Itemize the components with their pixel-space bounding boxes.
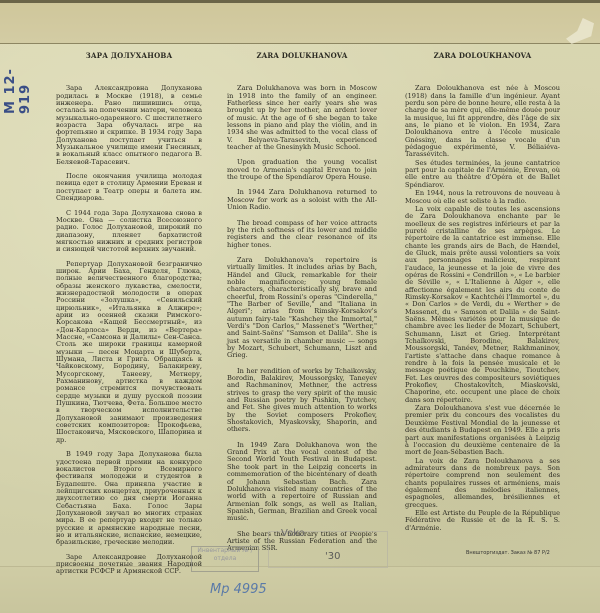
russian-title: ЗАРА ДОЛУХАНОВА	[56, 52, 202, 59]
russian-paragraph: Зара Александровна Долуханова родилась в…	[56, 85, 202, 166]
english-paragraph: Zara Dolukhanova was born in Moscow in 1…	[227, 85, 377, 151]
french-paragraph: La voix de Zara Doloukhanova a ses admir…	[405, 458, 560, 509]
sleeve-top-edge	[0, 0, 600, 3]
pencil-note: Voko	[281, 528, 305, 539]
french-text: Zara Doloukhanova est née à Moscou (1918…	[405, 85, 560, 532]
russian-column: ЗАРА ДОЛУХАНОВА Зара Александровна Долух…	[56, 52, 202, 583]
english-paragraph: In her rendition of works by Tchaikovsky…	[227, 368, 377, 434]
french-paragraph: La voix capable de toutes les ascensions…	[405, 206, 560, 404]
library-stamp: Инвентарный № / отдела	[191, 546, 259, 572]
english-title: ZARA DOLUKHANOVA	[227, 52, 377, 59]
english-paragraph: In 1944 Zara Dolukhanova returned to Mos…	[227, 189, 377, 211]
english-paragraph: Upon graduation the young vocalist moved…	[227, 159, 377, 181]
russian-text: Зара Александровна Долуханова родилась в…	[56, 85, 202, 575]
french-title: ZARA DOLOUKHANOVA	[405, 52, 560, 59]
french-paragraph: En 1944, nous la retrouvons de nouveau à…	[405, 190, 560, 205]
french-column: ZARA DOLOUKHANOVA Zara Doloukhanova est …	[405, 52, 560, 533]
french-paragraph: Zara Doloukhanova est née à Moscou (1918…	[405, 85, 560, 158]
english-text: Zara Dolukhanova was born in Moscow in 1…	[227, 85, 377, 552]
russian-paragraph: Репертуар Долухановой безгранично широк.…	[56, 261, 202, 445]
handwritten-catalog-mark: M 12-919	[3, 44, 23, 114]
french-paragraph: Elle est Artiste du Peuple de la Républi…	[405, 510, 560, 532]
inventory-mark: Мр 4995	[210, 582, 267, 597]
french-paragraph: Ses études terminées, la jeune cantatric…	[405, 160, 560, 189]
sleeve-top-flap	[0, 0, 600, 44]
pencil-number: '30	[325, 551, 340, 562]
english-paragraph: In 1949 Zara Dolukhanova won the Grand P…	[227, 442, 377, 523]
russian-paragraph: С 1944 года Зара Долуханова снова в Моск…	[56, 210, 202, 254]
stamp-text: Инвентарный № / отдела	[197, 547, 252, 562]
english-column: ZARA DOLUKHANOVA Zara Dolukhanova was bo…	[227, 52, 377, 561]
french-paragraph: Zara Doloukhanova s'est vue décernée le …	[405, 405, 560, 456]
printer-imprint: Внешторгиздат. Заказ № 87 Р/2	[466, 550, 550, 556]
russian-paragraph: Заре Александровне Долухановой присвоены…	[56, 554, 202, 576]
english-paragraph: Zara Dolukhanova's repertoire is virtual…	[227, 257, 377, 360]
russian-paragraph: В 1949 году Зара Долуханова была удостое…	[56, 451, 202, 546]
russian-paragraph: После окончания училища молодая певица е…	[56, 173, 202, 202]
english-paragraph: The broad compass of her voice attracts …	[227, 220, 377, 249]
